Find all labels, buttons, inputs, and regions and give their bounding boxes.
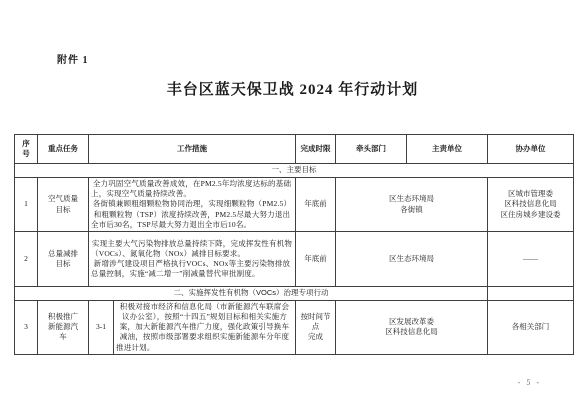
attachment-label: 附件 1 xyxy=(57,51,89,66)
sub-number-cell: 3-1 xyxy=(89,301,114,355)
table-row: 1 空气质量 目标 全力巩固空气质量改善成效，在PM2.5年均浓度达标的基础上，… xyxy=(15,178,574,232)
table-row: 2 总量减排 目标 实现主要大气污染物排放总量持续下降，完成挥发性有机物（VOC… xyxy=(15,232,574,287)
task-cell: 积极推广 新能源汽 车 xyxy=(38,301,89,355)
measure-cell: 实现主要大气污染物排放总量持续下降，完成挥发性有机物（VOCs）、氮氧化物（NO… xyxy=(89,232,296,287)
deadline-cell: 年底前 xyxy=(296,232,336,287)
page-number: - 5 - xyxy=(518,378,541,387)
section-title-main-goals: 一、主要目标 xyxy=(15,164,574,178)
seq-cell: 1 xyxy=(15,178,38,232)
measure-cell: 积极对接市经济和信息化局（市新能源汽车联席会议办公室），按照“十四五”规划目标和… xyxy=(114,301,296,355)
assist-cell: 各相关部门 xyxy=(488,301,574,355)
assist-cell: —— xyxy=(488,232,574,287)
lead-responsible-cell: 区生态环境局 各街镇 xyxy=(336,178,488,232)
header-seq: 序 号 xyxy=(15,135,38,164)
header-deadline: 完成时限 xyxy=(296,135,336,164)
measure-cell: 全力巩固空气质量改善成效，在PM2.5年均浓度达标的基础上，实现空气质量持续改善… xyxy=(89,178,296,232)
page-title: 丰台区蓝天保卫战 2024 年行动计划 xyxy=(0,78,585,99)
header-responsible: 主责单位 xyxy=(407,135,488,164)
section-empty-cell xyxy=(488,287,574,301)
header-assist: 协办单位 xyxy=(488,135,574,164)
lead-responsible-cell: 区生态环境局 xyxy=(336,232,488,287)
seq-cell: 3 xyxy=(15,301,38,355)
table-row: 3 积极推广 新能源汽 车 3-1 积极对接市经济和信息化局（市新能源汽车联席会… xyxy=(15,301,574,355)
header-task: 重点任务 xyxy=(38,135,89,164)
section-title-vocs: 二、实施挥发性有机物（VOCs）治理专项行动 xyxy=(15,287,488,301)
seq-cell: 2 xyxy=(15,232,38,287)
header-lead: 牵头部门 xyxy=(336,135,407,164)
task-cell: 总量减排 目标 xyxy=(38,232,89,287)
task-cell: 空气质量 目标 xyxy=(38,178,89,232)
section-row-vocs: 二、实施挥发性有机物（VOCs）治理专项行动 xyxy=(15,287,574,301)
deadline-cell: 按时间节点 完成 xyxy=(296,301,336,355)
deadline-cell: 年底前 xyxy=(296,178,336,232)
assist-cell: 区城市管理委 区科技信息化局 区住房城乡建设委 xyxy=(488,178,574,232)
section-row-main-goals: 一、主要目标 xyxy=(15,164,574,178)
lead-responsible-cell: 区发展改革委 区科技信息化局 xyxy=(336,301,488,355)
table-header-row: 序 号 重点任务 工作措施 完成时限 牵头部门 主责单位 协办单位 xyxy=(15,135,574,164)
header-measure: 工作措施 xyxy=(89,135,296,164)
action-plan-table: 序 号 重点任务 工作措施 完成时限 牵头部门 主责单位 协办单位 一、主要目标… xyxy=(14,134,574,355)
document-page: 附件 1 丰台区蓝天保卫战 2024 年行动计划 序 号 重点任务 工作措施 完… xyxy=(0,0,585,413)
